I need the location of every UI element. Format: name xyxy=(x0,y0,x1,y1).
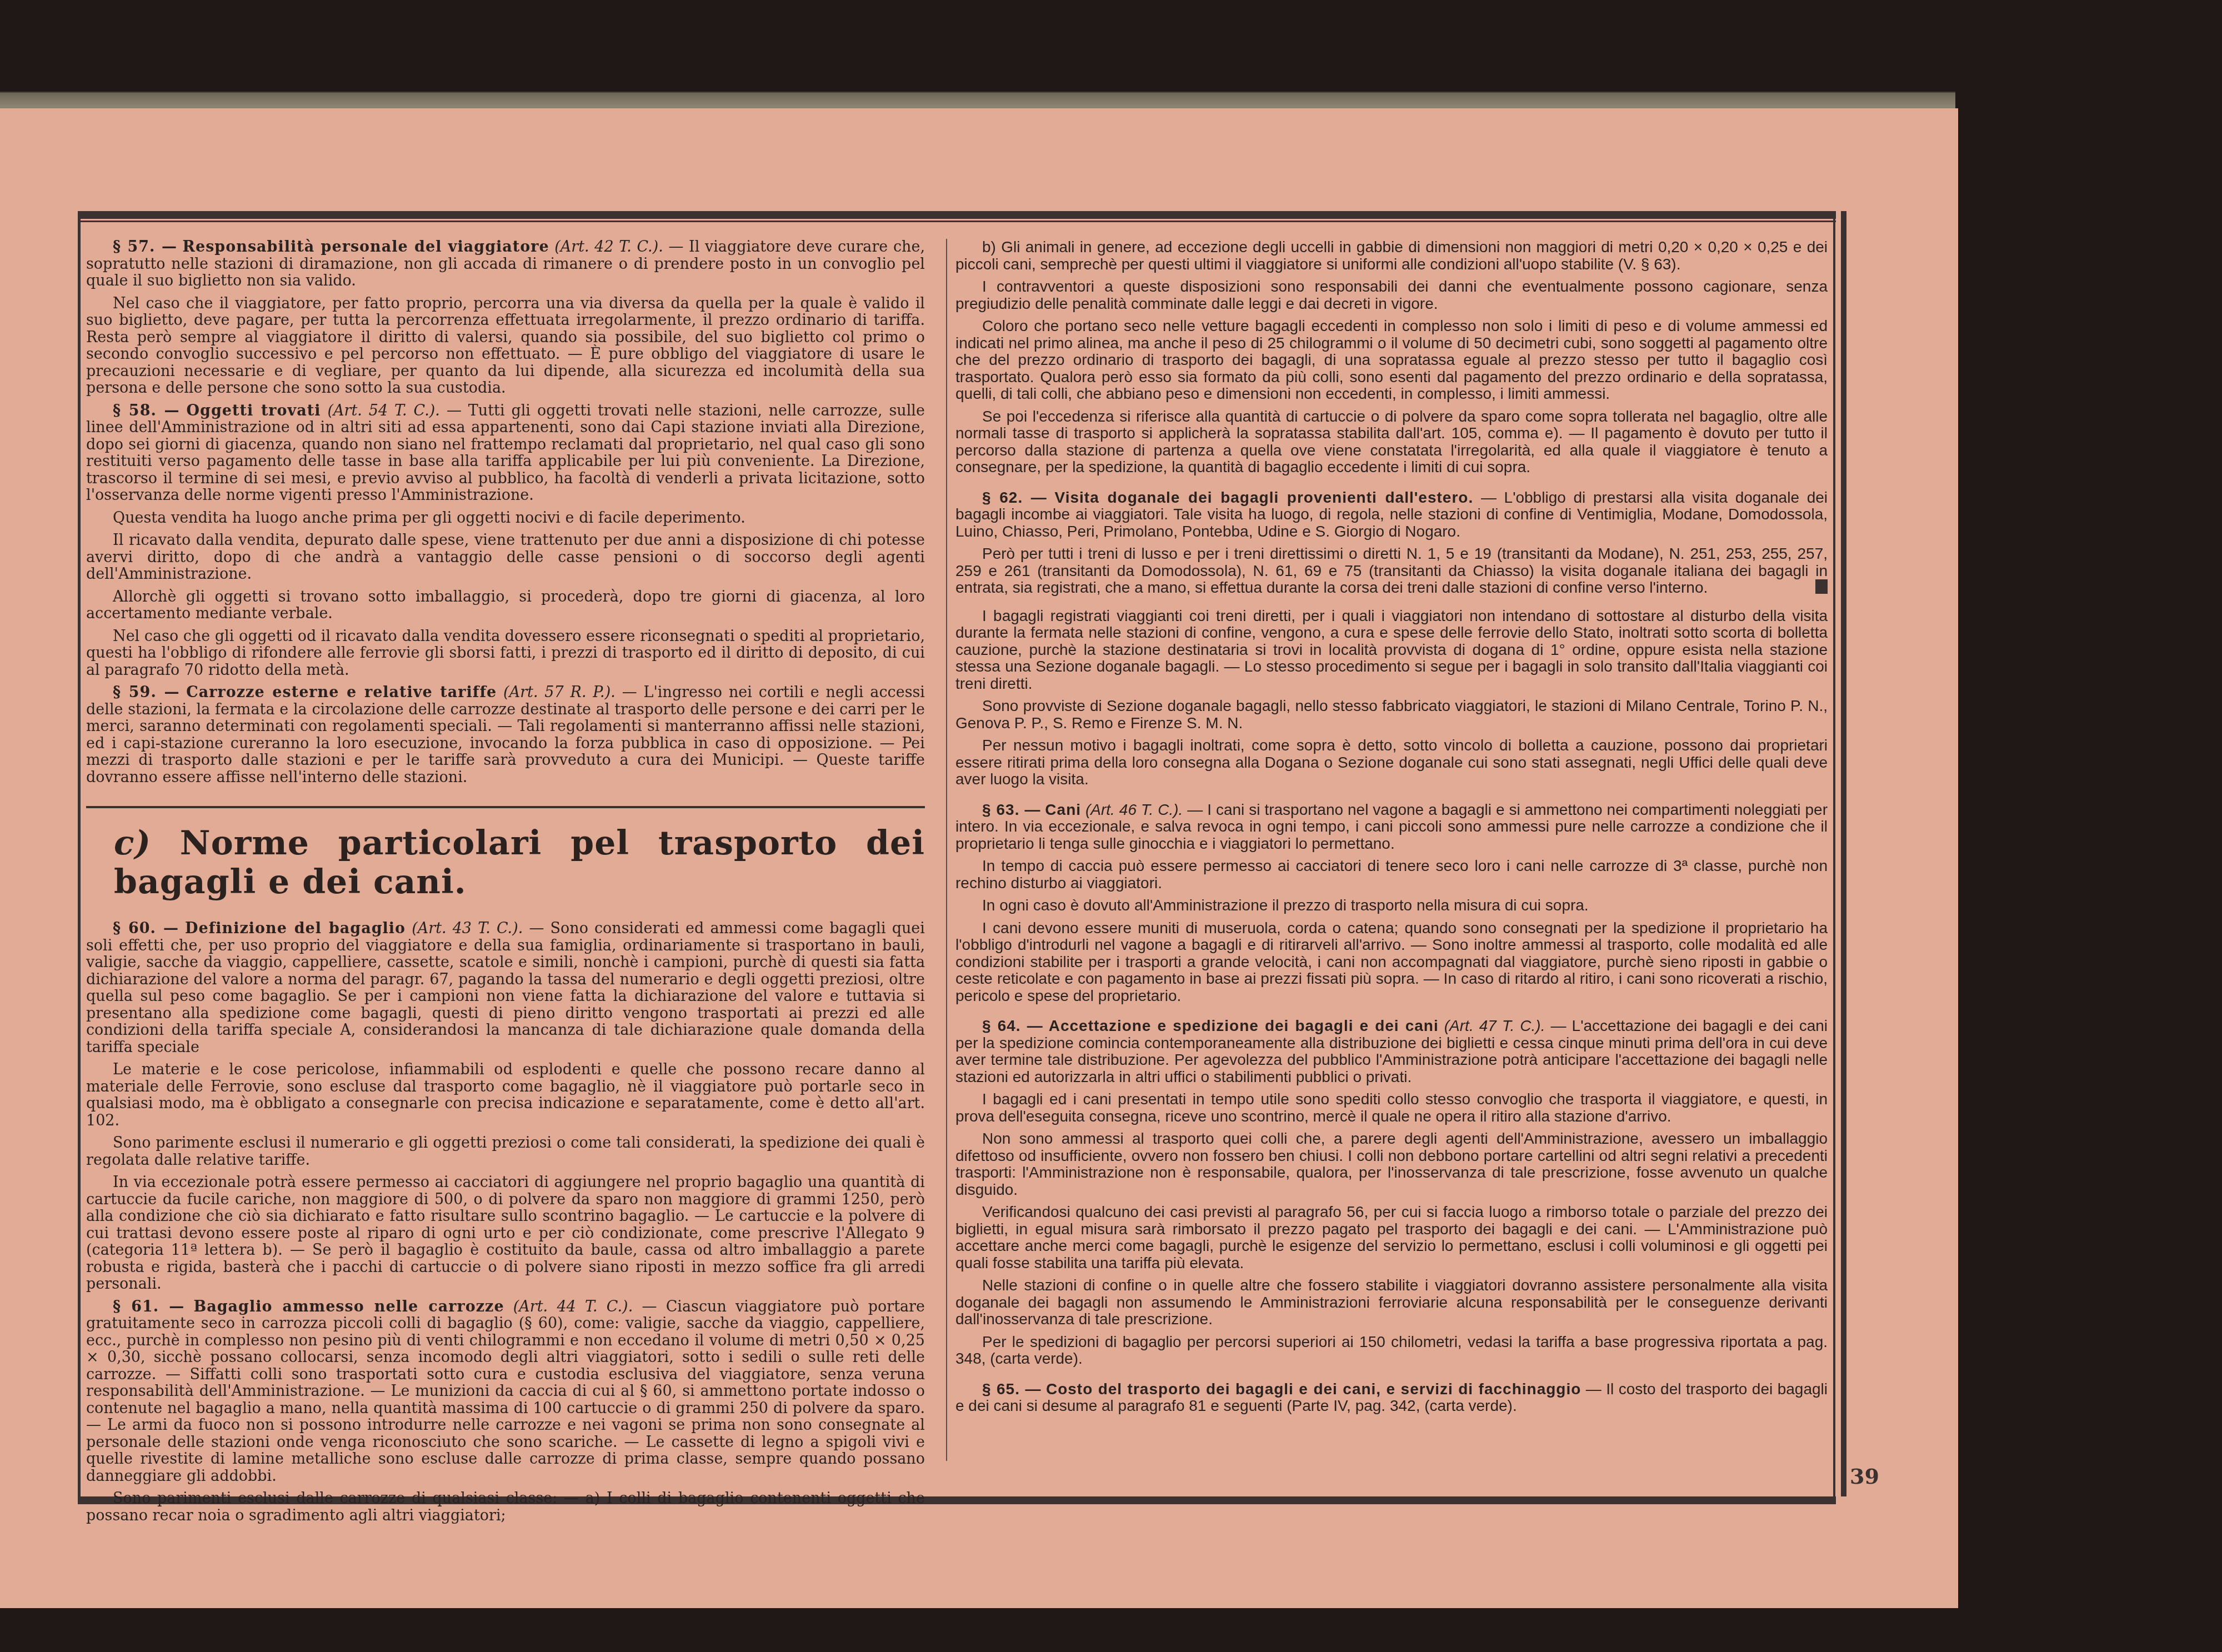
paragraph-text: I bagagli registrati viaggianti coi tren… xyxy=(955,608,1828,693)
section-number: § 65. — xyxy=(982,1380,1041,1398)
section-61: § 61. — Bagaglio ammesso nelle carrozze … xyxy=(86,1299,925,1485)
paragraph-text: In tempo di caccia può essere permesso a… xyxy=(955,858,1828,892)
section-65: § 65. — Costo del trasporto dei bagagli … xyxy=(955,1381,1828,1415)
article-reference: (Art. 43 T. C.). xyxy=(412,920,523,937)
paragraph-text: Nel caso che gli oggetti od il ricavato … xyxy=(86,628,925,679)
section-title: Carrozze esterne e relative tariffe xyxy=(186,684,497,701)
section-59: § 59. — Carrozze esterne e relative tari… xyxy=(86,684,925,786)
article-reference: (Art. 42 T. C.). xyxy=(554,238,663,256)
paragraph-text: Sono provviste di Sezione doganale bagag… xyxy=(955,698,1828,732)
paragraph-text: — Ciascun viaggiatore può portare gratui… xyxy=(86,1298,925,1485)
paragraph-text: Per nessun motivo i bagagli inoltrati, c… xyxy=(955,737,1828,788)
section-number: § 58. — xyxy=(113,402,180,419)
paragraph-with-marker: Però per tutti i treni di lusso e per i … xyxy=(955,545,1828,597)
paragraph-text: I contravventori a queste disposizioni s… xyxy=(955,278,1828,312)
section-64: § 64. — Accettazione e spedizione dei ba… xyxy=(955,1018,1828,1085)
paragraph-text: I cani devono essere muniti di museruola… xyxy=(955,920,1828,1005)
left-column: § 57. — Responsabilità personale del via… xyxy=(86,239,925,1530)
paragraph-text: Il ricavato dalla vendita, depurato dall… xyxy=(86,532,925,583)
paragraph-text: — Sono considerati ed ammessi come bagag… xyxy=(86,920,925,1056)
section-title: Responsabilità personale del viaggiatore xyxy=(183,238,549,256)
article-reference: (Art. 46 T. C.). xyxy=(1085,801,1183,818)
horizontal-rule xyxy=(86,806,925,808)
paragraph-text: In ogni caso è dovuto all'Amministrazion… xyxy=(955,897,1828,914)
chapter-title: Norme particolari pel trasporto dei baga… xyxy=(114,824,925,902)
paragraph-text: Coloro che portano seco nelle vetture ba… xyxy=(955,318,1828,403)
paragraph-text: Nelle stazioni di confine o in quelle al… xyxy=(955,1277,1828,1328)
section-title: Cani xyxy=(1045,801,1081,818)
section-number: § 64. — xyxy=(982,1017,1043,1034)
section-title: Costo del trasporto dei bagagli e dei ca… xyxy=(1046,1380,1581,1398)
article-reference: (Art. 54 T. C.). xyxy=(327,402,440,419)
chapter-heading: c) Norme particolari pel trasporto dei b… xyxy=(114,824,925,902)
section-number: § 61. — xyxy=(113,1298,184,1315)
paragraph-text: I bagagli ed i cani presentati in tempo … xyxy=(955,1091,1828,1125)
section-number: § 63. — xyxy=(982,801,1040,818)
paragraph-text: Non sono ammessi al trasporto quei colli… xyxy=(955,1130,1828,1198)
paragraph-text: Allorchè gli oggetti si trovano sotto im… xyxy=(86,589,925,623)
paragraph-text: Questa vendita ha luogo anche prima per … xyxy=(86,510,925,527)
page-border-frame-right xyxy=(1833,211,1846,1496)
paragraph-text: Verificandosi qualcuno dei casi previsti… xyxy=(955,1204,1828,1271)
section-title: Definizione del bagaglio xyxy=(185,920,406,937)
page-number: 39 xyxy=(1850,1464,1879,1489)
section-title: Visita doganale dei bagagli provenienti … xyxy=(1055,489,1474,506)
section-number: § 57. — xyxy=(113,238,177,256)
section-number: § 62. — xyxy=(982,489,1047,506)
section-title: Bagaglio ammesso nelle carrozze xyxy=(193,1298,504,1315)
paragraph-text: Se poi l'eccedenza si riferisce alla qua… xyxy=(955,408,1828,476)
section-title: Accettazione e spedizione dei bagagli e … xyxy=(1049,1017,1439,1034)
section-number: § 59. — xyxy=(113,684,179,701)
paragraph-text: b) Gli animali in genere, ad eccezione d… xyxy=(955,239,1828,273)
section-number: § 60. — xyxy=(113,920,179,937)
section-62: § 62. — Visita doganale dei bagagli prov… xyxy=(955,489,1828,540)
chapter-letter: c) xyxy=(114,824,151,863)
article-reference: (Art. 57 R. P.). xyxy=(503,684,615,701)
paragraph-text: Sono parimenti esclusi dalle carrozze di… xyxy=(86,1490,925,1524)
article-reference: (Art. 47 T. C.). xyxy=(1444,1017,1545,1034)
section-title: Oggetti trovati xyxy=(187,402,321,419)
section-58: § 58. — Oggetti trovati (Art. 54 T. C.).… xyxy=(86,403,925,504)
printer-mark-icon xyxy=(1815,579,1828,594)
paragraph-text: Le materie e le cose pericolose, infiamm… xyxy=(86,1062,925,1129)
paragraph-text: Nel caso che il viaggiatore, per fatto p… xyxy=(86,296,925,397)
section-57: § 57. — Responsabilità personale del via… xyxy=(86,239,925,290)
section-60: § 60. — Definizione del bagaglio (Art. 4… xyxy=(86,920,925,1056)
right-column: b) Gli animali in genere, ad eccezione d… xyxy=(955,239,1828,1420)
column-divider xyxy=(946,239,947,1461)
paragraph-text: Però per tutti i treni di lusso e per i … xyxy=(955,545,1828,596)
section-63: § 63. — Cani (Art. 46 T. C.). — I cani s… xyxy=(955,802,1828,853)
article-reference: (Art. 44 T. C.). xyxy=(513,1298,633,1315)
paragraph-text: Sono parimente esclusi il numerario e gl… xyxy=(86,1135,925,1169)
paragraph-text: In via eccezionale potrà essere permesso… xyxy=(86,1174,925,1293)
paragraph-text: Per le spedizioni di bagaglio per percor… xyxy=(955,1334,1828,1368)
